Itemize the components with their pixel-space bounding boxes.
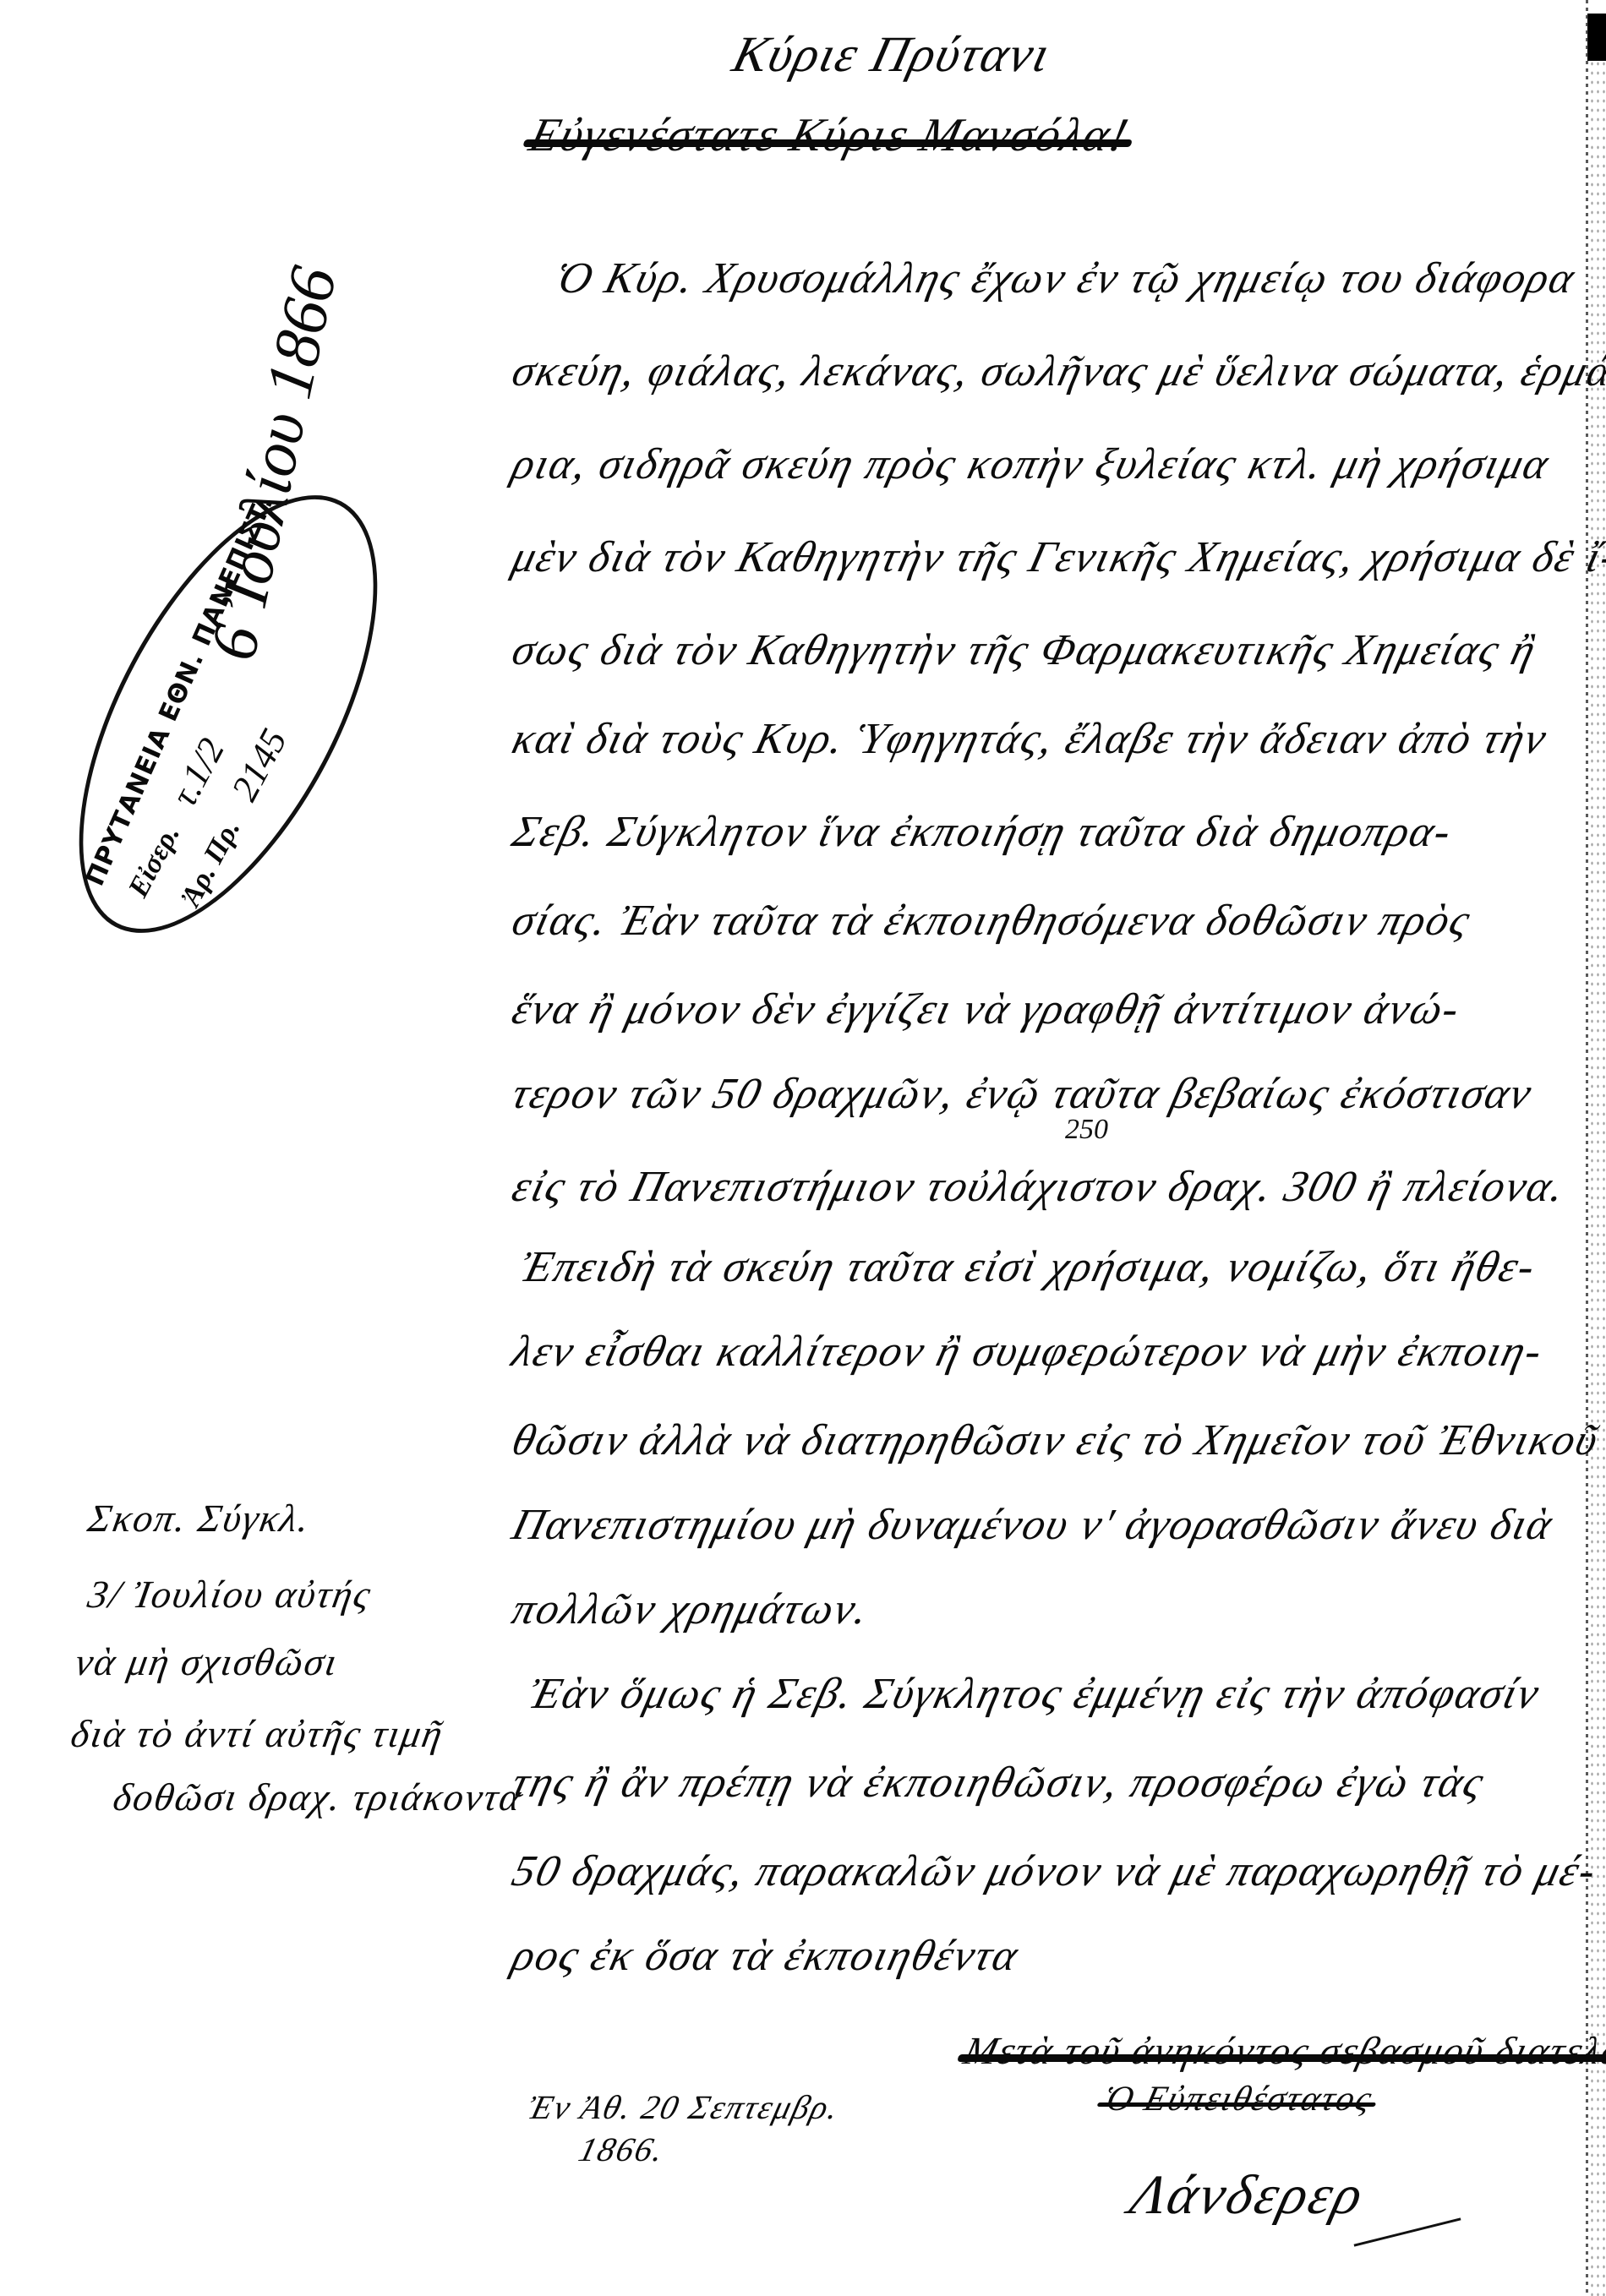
body-line: Πανεπιστημίου μὴ δυναμένου ν' ἀγορασθῶσι… (507, 1500, 1559, 1550)
margin-note-line: διὰ τὸ ἀντί αὐτῆς τιμῆ (68, 1711, 447, 1756)
body-line: πολλῶν χρημάτων. (507, 1584, 875, 1634)
struck-text: Εὐγενέστατε Κύριε Μανσόλα! (524, 109, 1134, 161)
body-line: εἰς τὸ Πανεπιστήμιον τοὐλάχιστον δραχ. 3… (507, 1162, 1571, 1212)
body-line: τερον τῶν 50 δραχμῶν, ἐνῷ ταῦτα βεβαίως … (507, 1069, 1538, 1119)
letter-date: Ἐν Ἀθ. 20 Σεπτεμβρ. (524, 2087, 844, 2127)
addressee-struck-salutation: Εὐγενέστατε Κύριε Μανσόλα! (524, 108, 1134, 162)
body-line: θῶσιν ἀλλὰ νὰ διατηρηθῶσιν εἰς τὸ Χημεῖο… (507, 1415, 1604, 1465)
struck-text: Ὁ Εὐπειθέστατος (1099, 2080, 1377, 2119)
interlinear-correction: 250 (1065, 1114, 1108, 1146)
closing-formula-struck: Μετὰ τοῦ ἀνηκόντος σεβασμοῦ διατελῶ (959, 2028, 1606, 2073)
margin-note-line: νὰ μὴ σχισθῶσι (72, 1639, 342, 1684)
body-line: της ἢ ἂν πρέπῃ νὰ ἐκποιηθῶσιν, προσφέρω … (507, 1758, 1490, 1808)
body-line: μὲν διὰ τὸν Καθηγητὴν τῆς Γενικῆς Χημεία… (507, 532, 1606, 582)
manuscript-page: Κύριε Πρύτανι Εὐγενέστατε Κύριε Μανσόλα!… (0, 0, 1606, 2296)
closing-title-struck: Ὁ Εὐπειθέστατος (1099, 2079, 1377, 2119)
margin-note-line: Σκοπ. Σύγκλ. (85, 1496, 314, 1541)
body-line: λεν εἶσθαι καλλίτερον ἢ συμφερώτερον νὰ … (507, 1327, 1549, 1377)
body-line: Ἐὰν ὅμως ἡ Σεβ. Σύγκλητος ἐμμένῃ εἰς τὴν… (524, 1669, 1545, 1719)
scan-edge-line (1586, 0, 1588, 2296)
body-line: ρος ἐκ ὅσα τὰ ἐκποιηθέντα (507, 1931, 1024, 1981)
body-line: καὶ διὰ τοὺς Κυρ. Ὑφηγητάς, ἔλαβε τὴν ἄδ… (507, 714, 1553, 764)
body-line: ἕνα ἢ μόνον δὲν ἐγγίζει νὰ γραφθῇ ἀντίτι… (507, 984, 1466, 1034)
scan-edge-black-block (1587, 14, 1606, 61)
margin-note-line: δοθῶσι δραχ. τριάκοντα (110, 1775, 526, 1819)
margin-note-line: 3/ Ἰουλίου αὐτής (85, 1572, 375, 1617)
body-line: Ἐπειδὴ τὰ σκεύη ταῦτα εἰσὶ χρήσιμα, νομί… (516, 1242, 1542, 1292)
body-line: σως διὰ τὸν Καθηγητὴν τῆς Φαρμακευτικῆς … (507, 625, 1542, 675)
signature-flourish (1354, 2217, 1461, 2246)
letter-year: 1866. (575, 2130, 669, 2169)
body-line: σίας. Ἐὰν ταῦτα τὰ ἐκποιηθησόμενα δοθῶσι… (507, 896, 1476, 946)
struck-text: Μετὰ τοῦ ἀνηκόντος σεβασμοῦ διατελῶ (959, 2029, 1606, 2072)
body-line: ρια, σιδηρᾶ σκεύη πρὸς κοπὴν ξυλείας κτλ… (507, 439, 1555, 489)
body-line: Ὁ Κύρ. Χρυσομάλλης ἔχων ἐν τῷ χημείῳ του… (549, 254, 1581, 303)
stamp-protocol-number: 2145 (223, 723, 295, 808)
body-line: Σεβ. Σύγκλητον ἵνα ἐκποιήσῃ ταῦτα διὰ δη… (507, 807, 1458, 857)
addressee-salutation: Κύριε Πρύτανι (727, 25, 1057, 84)
body-line: 50 δραχμάς, παρακαλῶν μόνον νὰ μὲ παραχω… (507, 1846, 1603, 1896)
body-line: σκεύη, φιάλας, λεκάνας, σωλῆνας μὲ ὕελιν… (507, 346, 1606, 396)
signature: Λάνδερερ (1124, 2163, 1372, 2228)
